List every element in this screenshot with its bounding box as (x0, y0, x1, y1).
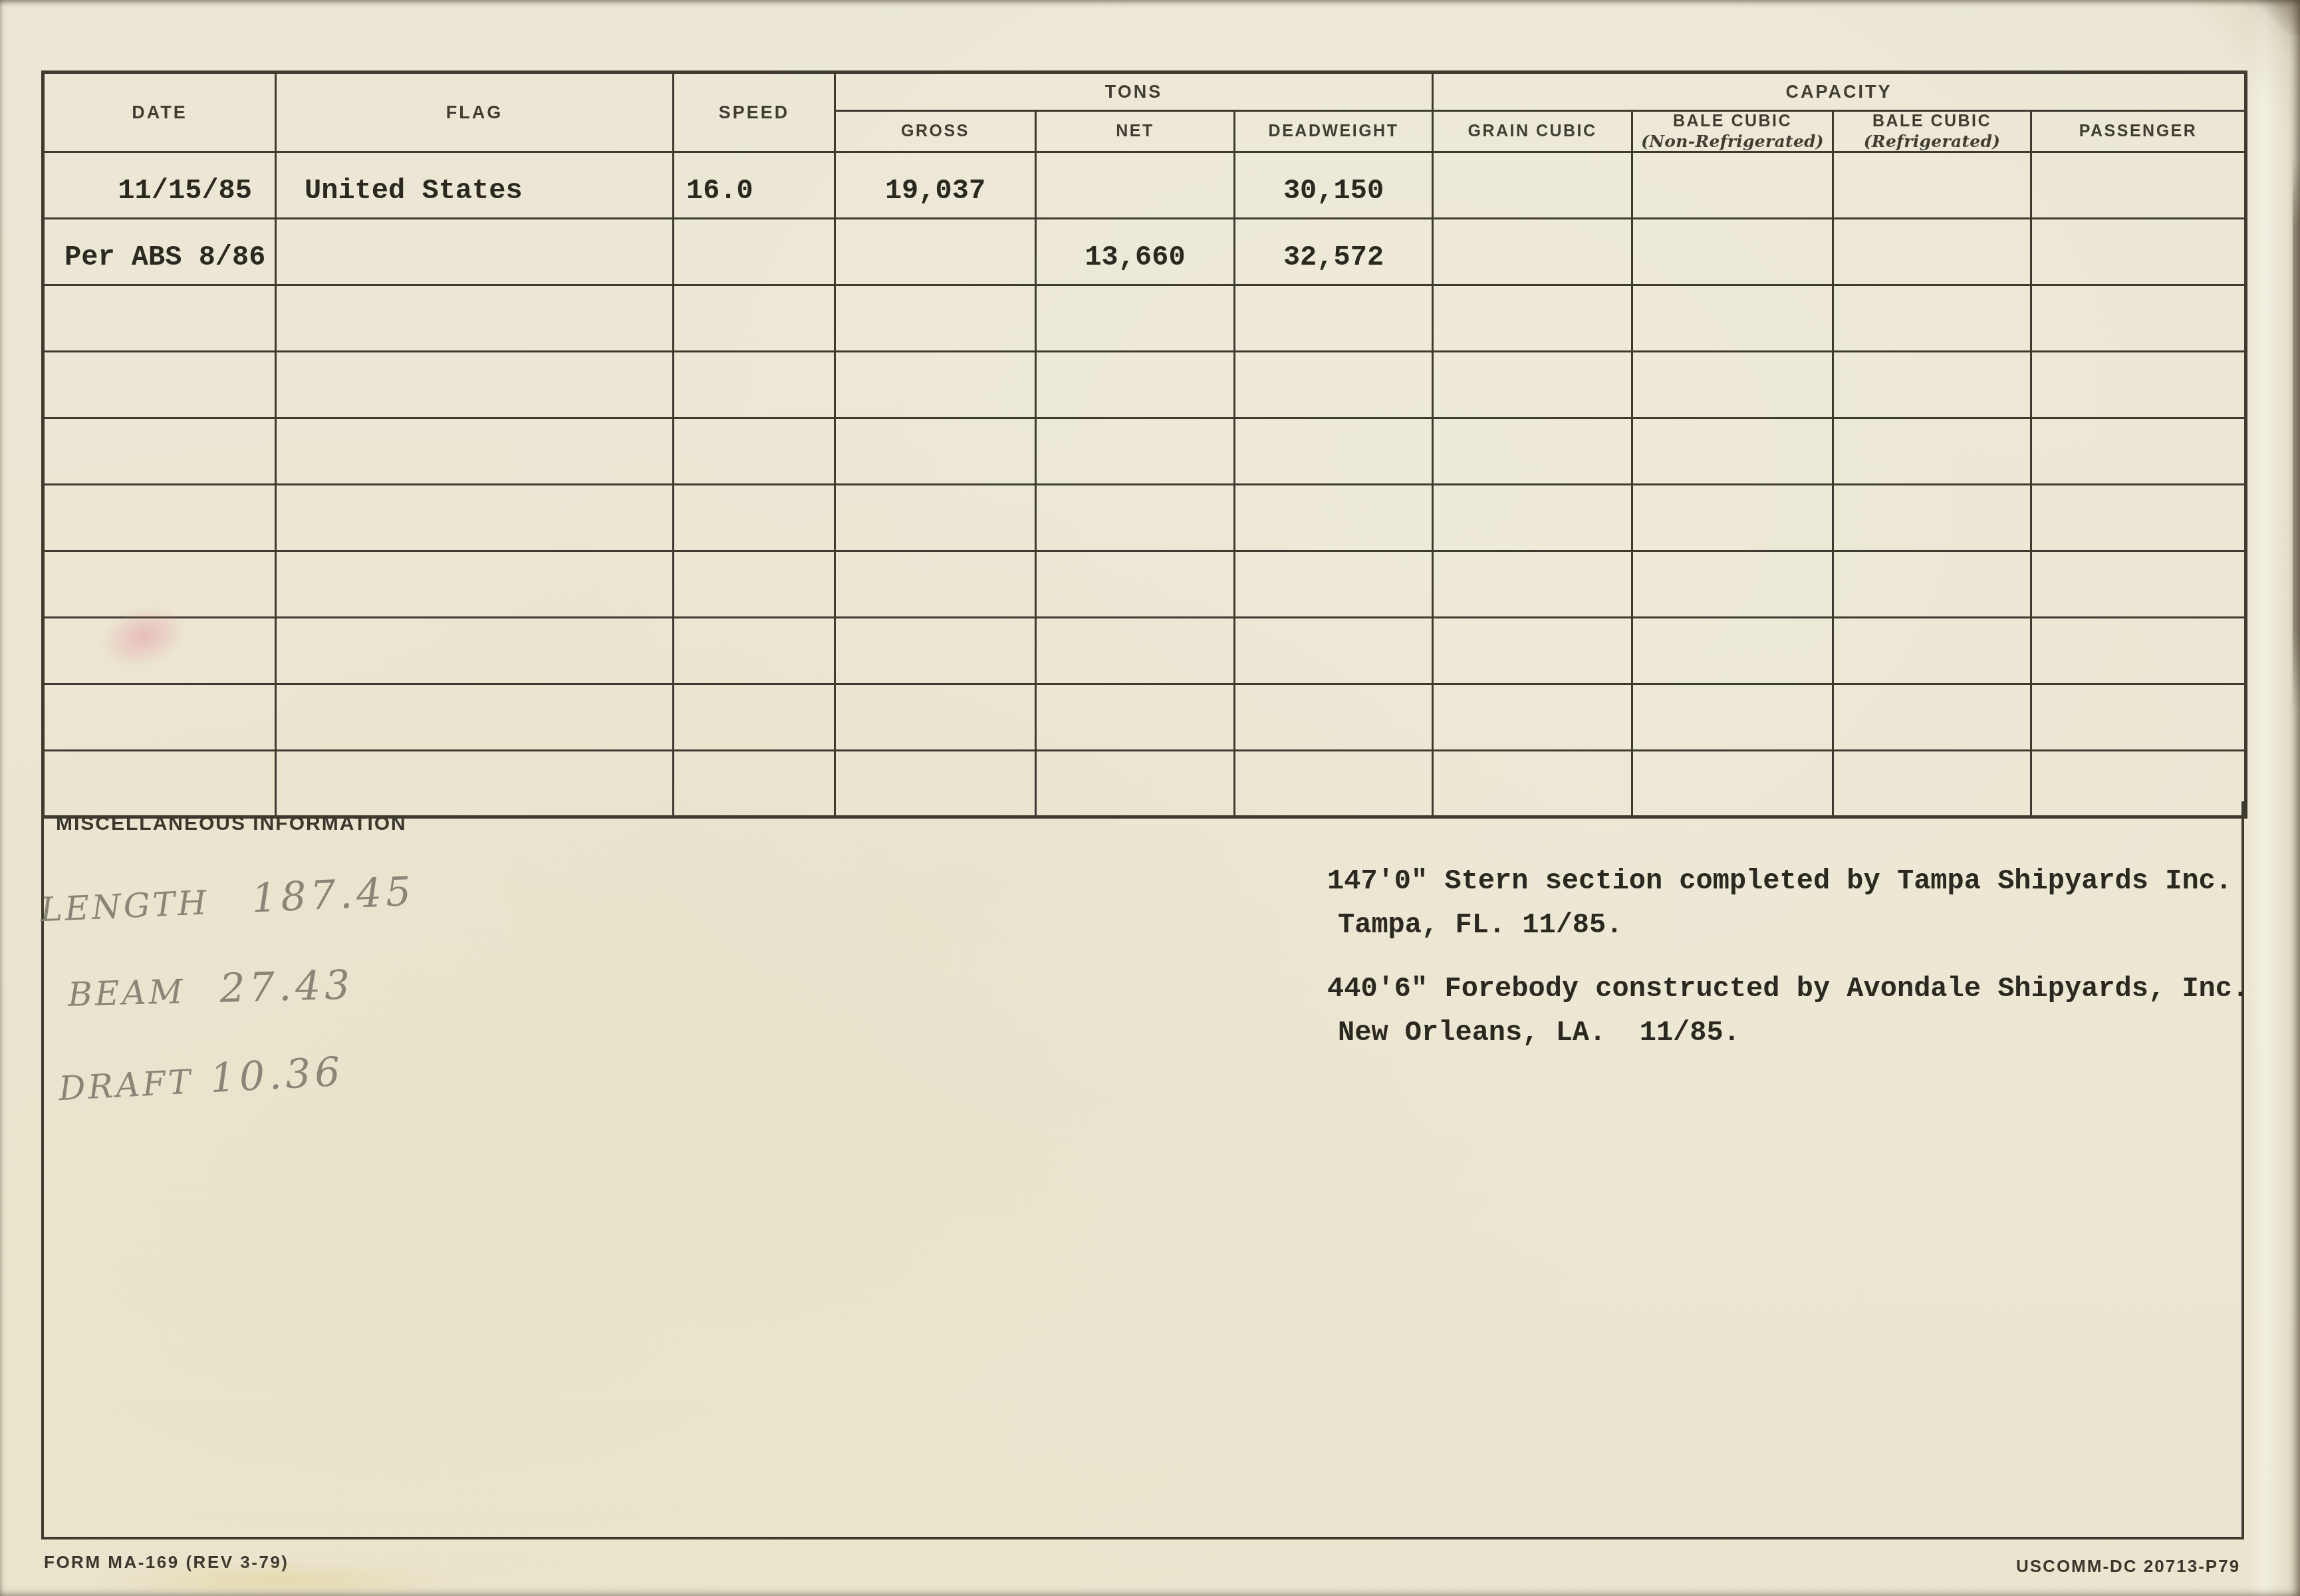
group-header-row: DATE FLAG SPEED TONS CAPACITY (43, 72, 2246, 111)
table-row (43, 684, 2246, 751)
table-cell (1632, 152, 1833, 219)
table-row: 11/15/85United States16.019,03730,150 (43, 152, 2246, 219)
table-cell (276, 352, 674, 418)
table-cell (2031, 352, 2246, 418)
table-cell: 30,150 (1235, 152, 1433, 219)
table-cell (674, 618, 835, 684)
table-cell (2031, 285, 2246, 352)
table-cell (276, 551, 674, 618)
table-cell (276, 485, 674, 551)
table-cell (674, 219, 835, 285)
table-cell (674, 551, 835, 618)
table-cell: Per ABS 8/86 (43, 219, 276, 285)
table-cell (835, 285, 1036, 352)
table-cell (1433, 418, 1632, 485)
table-cell (674, 684, 835, 751)
table-cell: United States (276, 152, 674, 219)
table-cell (43, 418, 276, 485)
handwritten-beam-value: 27.43 (219, 962, 355, 1011)
table-cell: 11/15/85 (43, 152, 276, 219)
bale-cubic-nonref-label: BALE CUBIC (1673, 112, 1792, 130)
table-cell (835, 219, 1036, 285)
table-cell (2031, 684, 2246, 751)
table-cell (2031, 152, 2246, 219)
table-cell (1632, 551, 1833, 618)
table-cell: 19,037 (835, 152, 1036, 219)
table-cell (674, 352, 835, 418)
table-cell (1833, 219, 2031, 285)
table-cell (1833, 285, 2031, 352)
table-row (43, 352, 2246, 418)
table-cell (1036, 485, 1235, 551)
table-cell (43, 618, 276, 684)
table-cell (43, 285, 276, 352)
table-cell (2031, 485, 2246, 551)
table-cell (1235, 485, 1433, 551)
stern-note-line-2: Tampa, FL. 11/85. (1327, 903, 2258, 947)
table-cell (1833, 618, 2031, 684)
table-cell (276, 219, 674, 285)
table-cell (1833, 551, 2031, 618)
table-cell (1235, 352, 1433, 418)
handwritten-note-beam: BEAM 27.43 (67, 962, 354, 1015)
table-cell (1833, 352, 2031, 418)
group-header-capacity: CAPACITY (1433, 72, 2246, 111)
table-cell (835, 551, 1036, 618)
table-cell (1433, 152, 1632, 219)
table-row (43, 485, 2246, 551)
table-cell (674, 485, 835, 551)
table-cell (1235, 285, 1433, 352)
table-cell (1632, 285, 1833, 352)
handwritten-draft-value: 10.36 (209, 1049, 345, 1102)
table-cell (276, 418, 674, 485)
table-row (43, 551, 2246, 618)
table-cell (1433, 551, 1632, 618)
table-cell (1235, 618, 1433, 684)
stern-section-note: 147'0" Stern section completed by Tampa … (1327, 859, 2258, 947)
table-body: 11/15/85United States16.019,03730,150Per… (43, 152, 2246, 817)
table-cell (1433, 618, 1632, 684)
table-cell (1833, 152, 2031, 219)
table-cell (43, 684, 276, 751)
typed-notes-block: 147'0" Stern section completed by Tampa … (1327, 859, 2258, 1075)
table-cell (1632, 219, 1833, 285)
col-header-bale-cubic-nonref: BALE CUBIC (Non-Refrigerated) (1632, 111, 1833, 152)
table-cell (276, 684, 674, 751)
table-cell: 13,660 (1036, 219, 1235, 285)
forebody-note: 440'6" Forebody constructed by Avondale … (1327, 967, 2258, 1055)
table-cell (835, 485, 1036, 551)
table-cell (1036, 352, 1235, 418)
table-cell (1632, 485, 1833, 551)
uscomm-print-code-label: USCOMM-DC 20713-P79 (2016, 1556, 2240, 1577)
forebody-note-line-2: New Orleans, LA. 11/85. (1327, 1011, 2258, 1055)
table-cell (1833, 418, 2031, 485)
table-cell (2031, 418, 2246, 485)
table-row (43, 618, 2246, 684)
table-cell (1235, 684, 1433, 751)
bale-cubic-ref-sublabel: (Refrigerated) (1834, 132, 2030, 151)
table-row (43, 418, 2246, 485)
table-cell (43, 485, 276, 551)
table-row: Per ABS 8/8613,66032,572 (43, 219, 2246, 285)
table-cell (835, 684, 1036, 751)
corner-fold-shadow (2257, 0, 2300, 35)
table-cell (1833, 684, 2031, 751)
vessel-stats-table: DATE FLAG SPEED TONS CAPACITY GROSS NET … (41, 70, 2247, 819)
table-cell (1833, 485, 2031, 551)
table-cell (1036, 152, 1235, 219)
table-cell (1433, 485, 1632, 551)
col-header-deadweight: DEADWEIGHT (1235, 111, 1433, 152)
col-header-net: NET (1036, 111, 1235, 152)
form-number-label: FORM MA-169 (REV 3-79) (44, 1552, 289, 1573)
bale-cubic-ref-label: BALE CUBIC (1872, 112, 1991, 130)
forebody-note-line-1: 440'6" Forebody constructed by Avondale … (1327, 967, 2258, 1011)
table-cell (1433, 285, 1632, 352)
table-cell (1632, 618, 1833, 684)
table-cell (1632, 352, 1833, 418)
table-cell (1433, 219, 1632, 285)
table-cell (1036, 418, 1235, 485)
table-row (43, 285, 2246, 352)
table-cell: 32,572 (1235, 219, 1433, 285)
handwritten-length-value: 187.45 (251, 868, 416, 922)
miscellaneous-information-title: MISCELLANEOUS INFORMATION (56, 813, 407, 835)
table-cell (1433, 684, 1632, 751)
group-header-tons: TONS (835, 72, 1433, 111)
handwritten-length-label: LENGTH (39, 883, 210, 929)
table-cell: 16.0 (674, 152, 835, 219)
stern-note-line-1: 147'0" Stern section completed by Tampa … (1327, 859, 2258, 903)
table-cell (2031, 219, 2246, 285)
paper-edge-shadow (2293, 160, 2300, 712)
table-cell (43, 352, 276, 418)
table-cell (1036, 684, 1235, 751)
col-header-date: DATE (43, 72, 276, 152)
scanned-form-page: DATE FLAG SPEED TONS CAPACITY GROSS NET … (0, 0, 2300, 1596)
table-cell (276, 618, 674, 684)
handwritten-draft-label: DRAFT (58, 1063, 194, 1108)
table-cell (835, 418, 1036, 485)
table-cell (1632, 418, 1833, 485)
col-header-flag: FLAG (276, 72, 674, 152)
bale-cubic-nonref-sublabel: (Non-Refrigerated) (1633, 132, 1832, 151)
table-cell (835, 352, 1036, 418)
table-cell (2031, 551, 2246, 618)
col-header-speed: SPEED (674, 72, 835, 152)
table-cell (1433, 352, 1632, 418)
table-cell (1036, 551, 1235, 618)
table-cell (1235, 418, 1433, 485)
col-header-passenger: PASSENGER (2031, 111, 2246, 152)
handwritten-beam-label: BEAM (67, 972, 186, 1014)
col-header-gross: GROSS (835, 111, 1036, 152)
table-cell (835, 618, 1036, 684)
col-header-bale-cubic-ref: BALE CUBIC (Refrigerated) (1833, 111, 2031, 152)
table-cell (1235, 551, 1433, 618)
table-cell (1632, 684, 1833, 751)
table-cell (674, 418, 835, 485)
table-cell (674, 285, 835, 352)
table-cell (1036, 285, 1235, 352)
table-cell (276, 285, 674, 352)
paper-right-edge (2250, 0, 2300, 1596)
col-header-grain-cubic: GRAIN CUBIC (1433, 111, 1632, 152)
table-cell (43, 551, 276, 618)
table-cell (2031, 618, 2246, 684)
table-cell (1036, 618, 1235, 684)
